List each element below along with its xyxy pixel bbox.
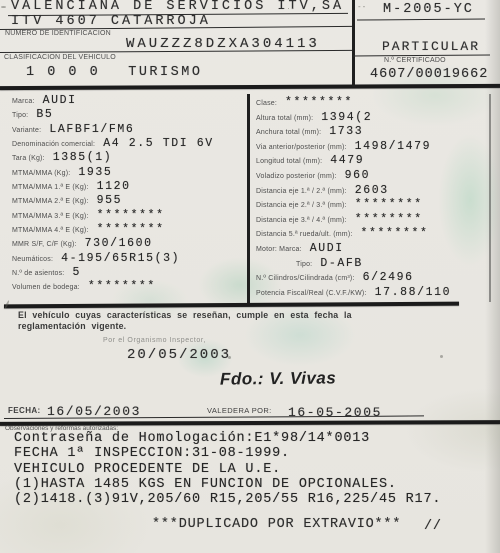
spec-label: MMR S/F, C/F (Kg):: [12, 241, 77, 248]
spec-label: Tara (Kg):: [12, 155, 45, 162]
divider-line: [4, 302, 459, 309]
spec-label: Tipo:: [12, 112, 28, 119]
spec-label: Marca:: [12, 98, 35, 105]
certificate-number: 4607/00019662: [370, 67, 488, 82]
compliance-statement-line1: El vehículo cuyas características se res…: [18, 310, 352, 320]
identification-number-label: NUMERO DE IDENTIFICACION: [5, 30, 111, 37]
spec-value: AUDI: [310, 242, 344, 255]
usage-type: PARTICULAR: [382, 39, 480, 54]
scan-artifact: ...: [283, 2, 296, 11]
observation-line: Contraseña de Homologación:E1*98/14*0013: [14, 431, 441, 446]
spec-row: MTMA/MMA 4.ª E (Kg): ********: [12, 223, 244, 237]
spec-label: Distancia eje 3.ª / 4.ª (mm):: [256, 217, 347, 224]
scan-artifact: [228, 356, 231, 359]
spec-row: Distancia eje 1.ª / 2.ª (mm): 2603: [256, 184, 491, 199]
spec-value: 1394(2: [321, 111, 372, 124]
spec-value: ********: [361, 227, 429, 240]
observation-line: (2)1418.(3)91V,205/60 R15,205/55 R16,225…: [14, 492, 441, 507]
spec-value: A4 2.5 TDI 6V: [103, 137, 214, 150]
plate-number: M-2005-YC: [383, 2, 474, 17]
spec-value: ********: [355, 213, 423, 226]
spec-row: Tara (Kg): 1385(1): [12, 151, 244, 165]
spec-row: Clase: ********: [256, 96, 491, 111]
spec-label: Variante:: [12, 127, 41, 134]
spec-value: 4479: [330, 154, 364, 167]
spec-value: 1120: [97, 180, 131, 193]
spec-row: Anchura total (mm): 1733: [256, 125, 491, 140]
spec-row: Tipo: B5: [12, 108, 244, 122]
spec-value: 4-195/65R15(3): [61, 252, 180, 265]
spec-row: Neumáticos: 4-195/65R15(3): [12, 252, 244, 266]
spec-value: 960: [345, 169, 371, 182]
spec-value: 17.88/110: [375, 286, 452, 299]
spec-label: Distancia eje 1.ª / 2.ª (mm):: [256, 188, 347, 195]
spec-value: LAFBF1/FM6: [49, 123, 134, 136]
spec-row: MTMA/MMA 3.ª E (Kg): ********: [12, 209, 244, 223]
spec-row: Motor: Marca: AUDI: [256, 242, 491, 257]
spec-row: N.º Cilindros/Cilindrada (cm³): 6/2496: [256, 271, 491, 286]
spec-row: Distancia eje 2.ª / 3.ª (mm): ********: [256, 198, 491, 213]
spec-label: N.º Cilindros/Cilindrada (cm³):: [256, 275, 355, 282]
spec-value: 5: [72, 266, 81, 279]
spec-value: AUDI: [43, 94, 77, 107]
spec-label: Voladizo posterior (mm):: [256, 173, 337, 180]
spec-value: ********: [285, 96, 353, 109]
certificate-number-label: N.º CERTIFICADO: [384, 57, 446, 64]
valid-until-date: 16-05-2005: [288, 405, 382, 420]
spec-row: Voladizo posterior (mm): 960: [256, 169, 491, 184]
spec-row: Distancia eje 3.ª / 4.ª (mm): ********: [256, 213, 491, 228]
spec-label: Anchura total (mm):: [256, 129, 321, 136]
scanned-itv-certificate: VALENCIANA DE SERVICIOS ITV,SA ITV 4607 …: [0, 0, 500, 553]
spec-value: 730/1600: [85, 237, 153, 250]
spec-value: 6/2496: [363, 271, 414, 284]
observations-text-block: Contraseña de Homologación:E1*98/14*0013…: [14, 431, 441, 507]
spec-row: Via anterior/posterior (mm): 1498/1479: [256, 140, 491, 155]
spec-value: ********: [97, 209, 165, 222]
spec-label: MTMA/MMA (Kg):: [12, 170, 70, 177]
spec-label: MTMA/MMA 3.ª E (Kg):: [12, 213, 89, 220]
spec-row: Potencia Fiscal/Real (C.V.F./KW): 17.88/…: [256, 286, 491, 301]
spec-value: B5: [36, 108, 53, 121]
spec-value: 1935: [78, 166, 112, 179]
classification-name: TURISMO: [128, 65, 202, 80]
valid-until-label: VALEDERA POR:: [207, 406, 272, 415]
observation-line: FECHA 1ª INSPECCION:31-08-1999.: [14, 446, 441, 461]
spec-row: N.º de asientos: 5: [12, 266, 244, 280]
underline: [357, 18, 485, 20]
compliance-statement-line2: reglamentación vigente.: [18, 321, 126, 331]
spec-label: N.º de asientos:: [12, 270, 64, 277]
spec-row: Longitud total (mm): 4479: [256, 154, 491, 169]
spec-label: Denominación comercial:: [12, 141, 95, 148]
spec-label: Neumáticos:: [12, 256, 53, 263]
observation-line: VEHICULO PROCEDENTE DE LA U.E.: [14, 462, 441, 477]
spec-label: Motor: Marca:: [256, 246, 302, 253]
spec-label: Tipo:: [296, 261, 312, 268]
inspection-date: 20/05/2003: [127, 347, 231, 363]
spec-label: MTMA/MMA 1.ª E (Kg):: [12, 184, 89, 191]
date-label: FECHA:: [8, 406, 41, 415]
scan-artifact: [440, 355, 443, 358]
spec-label: MTMA/MMA 4.ª E (Kg):: [12, 227, 89, 234]
divider-line: [0, 84, 500, 90]
spec-row: Tipo: D-AFB: [256, 257, 491, 272]
spec-row: Variante: LAFBF1/FM6: [12, 123, 244, 137]
spec-value: ********: [88, 280, 156, 293]
spec-value: ********: [97, 223, 165, 236]
end-mark: //: [424, 519, 442, 534]
classification-code: 1 0 0 0: [26, 65, 100, 80]
vehicle-specs-right-column: Clase: ******** Altura total (mm): 1394(…: [256, 96, 491, 300]
scan-artifact: [1, 6, 6, 8]
spec-value: 1733: [329, 125, 363, 138]
spec-label: Via anterior/posterior (mm):: [256, 144, 347, 151]
spec-row: MMR S/F, C/F (Kg): 730/1600: [12, 237, 244, 251]
spec-label: Clase:: [256, 100, 277, 107]
classification-row: 1 0 0 0 TURISMO: [26, 65, 202, 80]
spec-value: 1498/1479: [355, 140, 432, 153]
inspector-body-label: Por el Organismo Inspector,: [103, 337, 206, 344]
spec-label: Longitud total (mm):: [256, 158, 322, 165]
vehicle-specs-left-column: Marca: AUDI Tipo: B5 Variante: LAFBF1/FM…: [12, 94, 244, 295]
spec-row: MTMA/MMA 1.ª E (Kg): 1120: [12, 180, 244, 194]
spec-label: MTMA/MMA 2.ª E (Kg):: [12, 198, 89, 205]
spec-value: 955: [97, 194, 123, 207]
spec-row: Altura total (mm): 1394(2: [256, 111, 491, 126]
divider-line: [352, 0, 355, 87]
spec-row: Denominación comercial: A4 2.5 TDI 6V: [12, 137, 244, 151]
spec-label: Distancia eje 2.ª / 3.ª (mm):: [256, 202, 347, 209]
inspector-signature: Fdo.: V. Vivas: [220, 368, 336, 389]
spec-row: MTMA/MMA 2.ª E (Kg): 955: [12, 194, 244, 208]
spec-value: 2603: [355, 184, 389, 197]
spec-value: D-AFB: [320, 257, 363, 270]
spec-row: MTMA/MMA (Kg): 1935: [12, 166, 244, 180]
spec-label: Volumen de bodega:: [12, 284, 80, 291]
spec-value: 1385(1): [53, 151, 113, 164]
column-divider-line: [247, 94, 250, 304]
spec-row: Marca: AUDI: [12, 94, 244, 108]
spec-row: Volumen de bodega: ********: [12, 280, 244, 294]
observation-line: (1)HASTA 1485 KGS EN FUNCION DE OPCIONAL…: [14, 477, 441, 492]
spec-label: Distancia 5.ª rueda/ult. (mm):: [256, 231, 353, 238]
spec-label: Potencia Fiscal/Real (C.V.F./KW):: [256, 290, 367, 297]
classification-label: CLASIFICACION DEL VEHICULO: [4, 54, 116, 61]
spec-row: Distancia 5.ª rueda/ult. (mm): ********: [256, 227, 491, 242]
scan-artifact: --: [358, 2, 367, 11]
spec-label: Altura total (mm):: [256, 115, 313, 122]
spec-value: ********: [355, 198, 423, 211]
duplicate-note: ***DUPLICADO POR EXTRAVIO***: [152, 517, 401, 532]
